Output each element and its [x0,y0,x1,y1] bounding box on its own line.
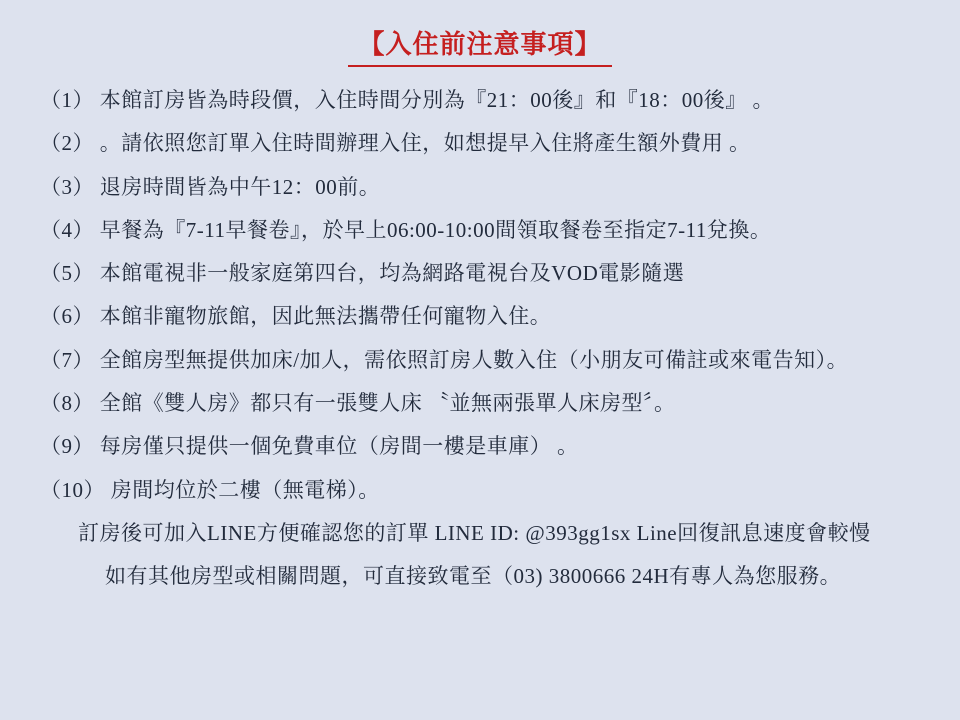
notice-item-list: （1） 本館訂房皆為時段價，入住時間分別為『21：00後』和『18：00後』 。… [0,79,960,512]
line-contact-info: 訂房後可加入LINE方便確認您的訂單 LINE ID: @393gg1sx Li… [0,512,960,555]
phone-contact-info: 如有其他房型或相關問題，可直接致電至（03) 3800666 24H有專人為您服… [0,555,960,598]
notice-item-8: （8） 全館《雙人房》都只有一張雙人床 〝並無兩張單人床房型〞。 [40,382,936,425]
notice-item-4: （4） 早餐為『7-11早餐卷』，於早上06:00-10:00間領取餐卷至指定7… [40,209,936,252]
notice-item-2: （2） 。請依照您訂單入住時間辦理入住，如想提早入住將產生額外費用 。 [40,122,936,165]
notice-item-6: （6） 本館非寵物旅館，因此無法攜帶任何寵物入住。 [40,295,936,338]
checkin-notice-page: 【入住前注意事項】 （1） 本館訂房皆為時段價，入住時間分別為『21：00後』和… [0,0,960,720]
notice-item-10: （10） 房間均位於二樓（無電梯）。 [40,469,936,512]
notice-item-5: （5） 本館電視非一般家庭第四台，均為網路電視台及VOD電影隨選 [40,252,936,295]
notice-item-9: （9） 每房僅只提供一個免費車位（房間一樓是車庫） 。 [40,425,936,468]
page-title-text: 【入住前注意事項】 [348,24,611,67]
notice-item-7: （7） 全館房型無提供加床/加人，需依照訂房人數入住（小朋友可備註或來電告知）。 [40,339,936,382]
notice-item-3: （3） 退房時間皆為中午12：00前。 [40,166,936,209]
page-title: 【入住前注意事項】 [0,24,960,67]
notice-item-1: （1） 本館訂房皆為時段價，入住時間分別為『21：00後』和『18：00後』 。 [40,79,936,122]
